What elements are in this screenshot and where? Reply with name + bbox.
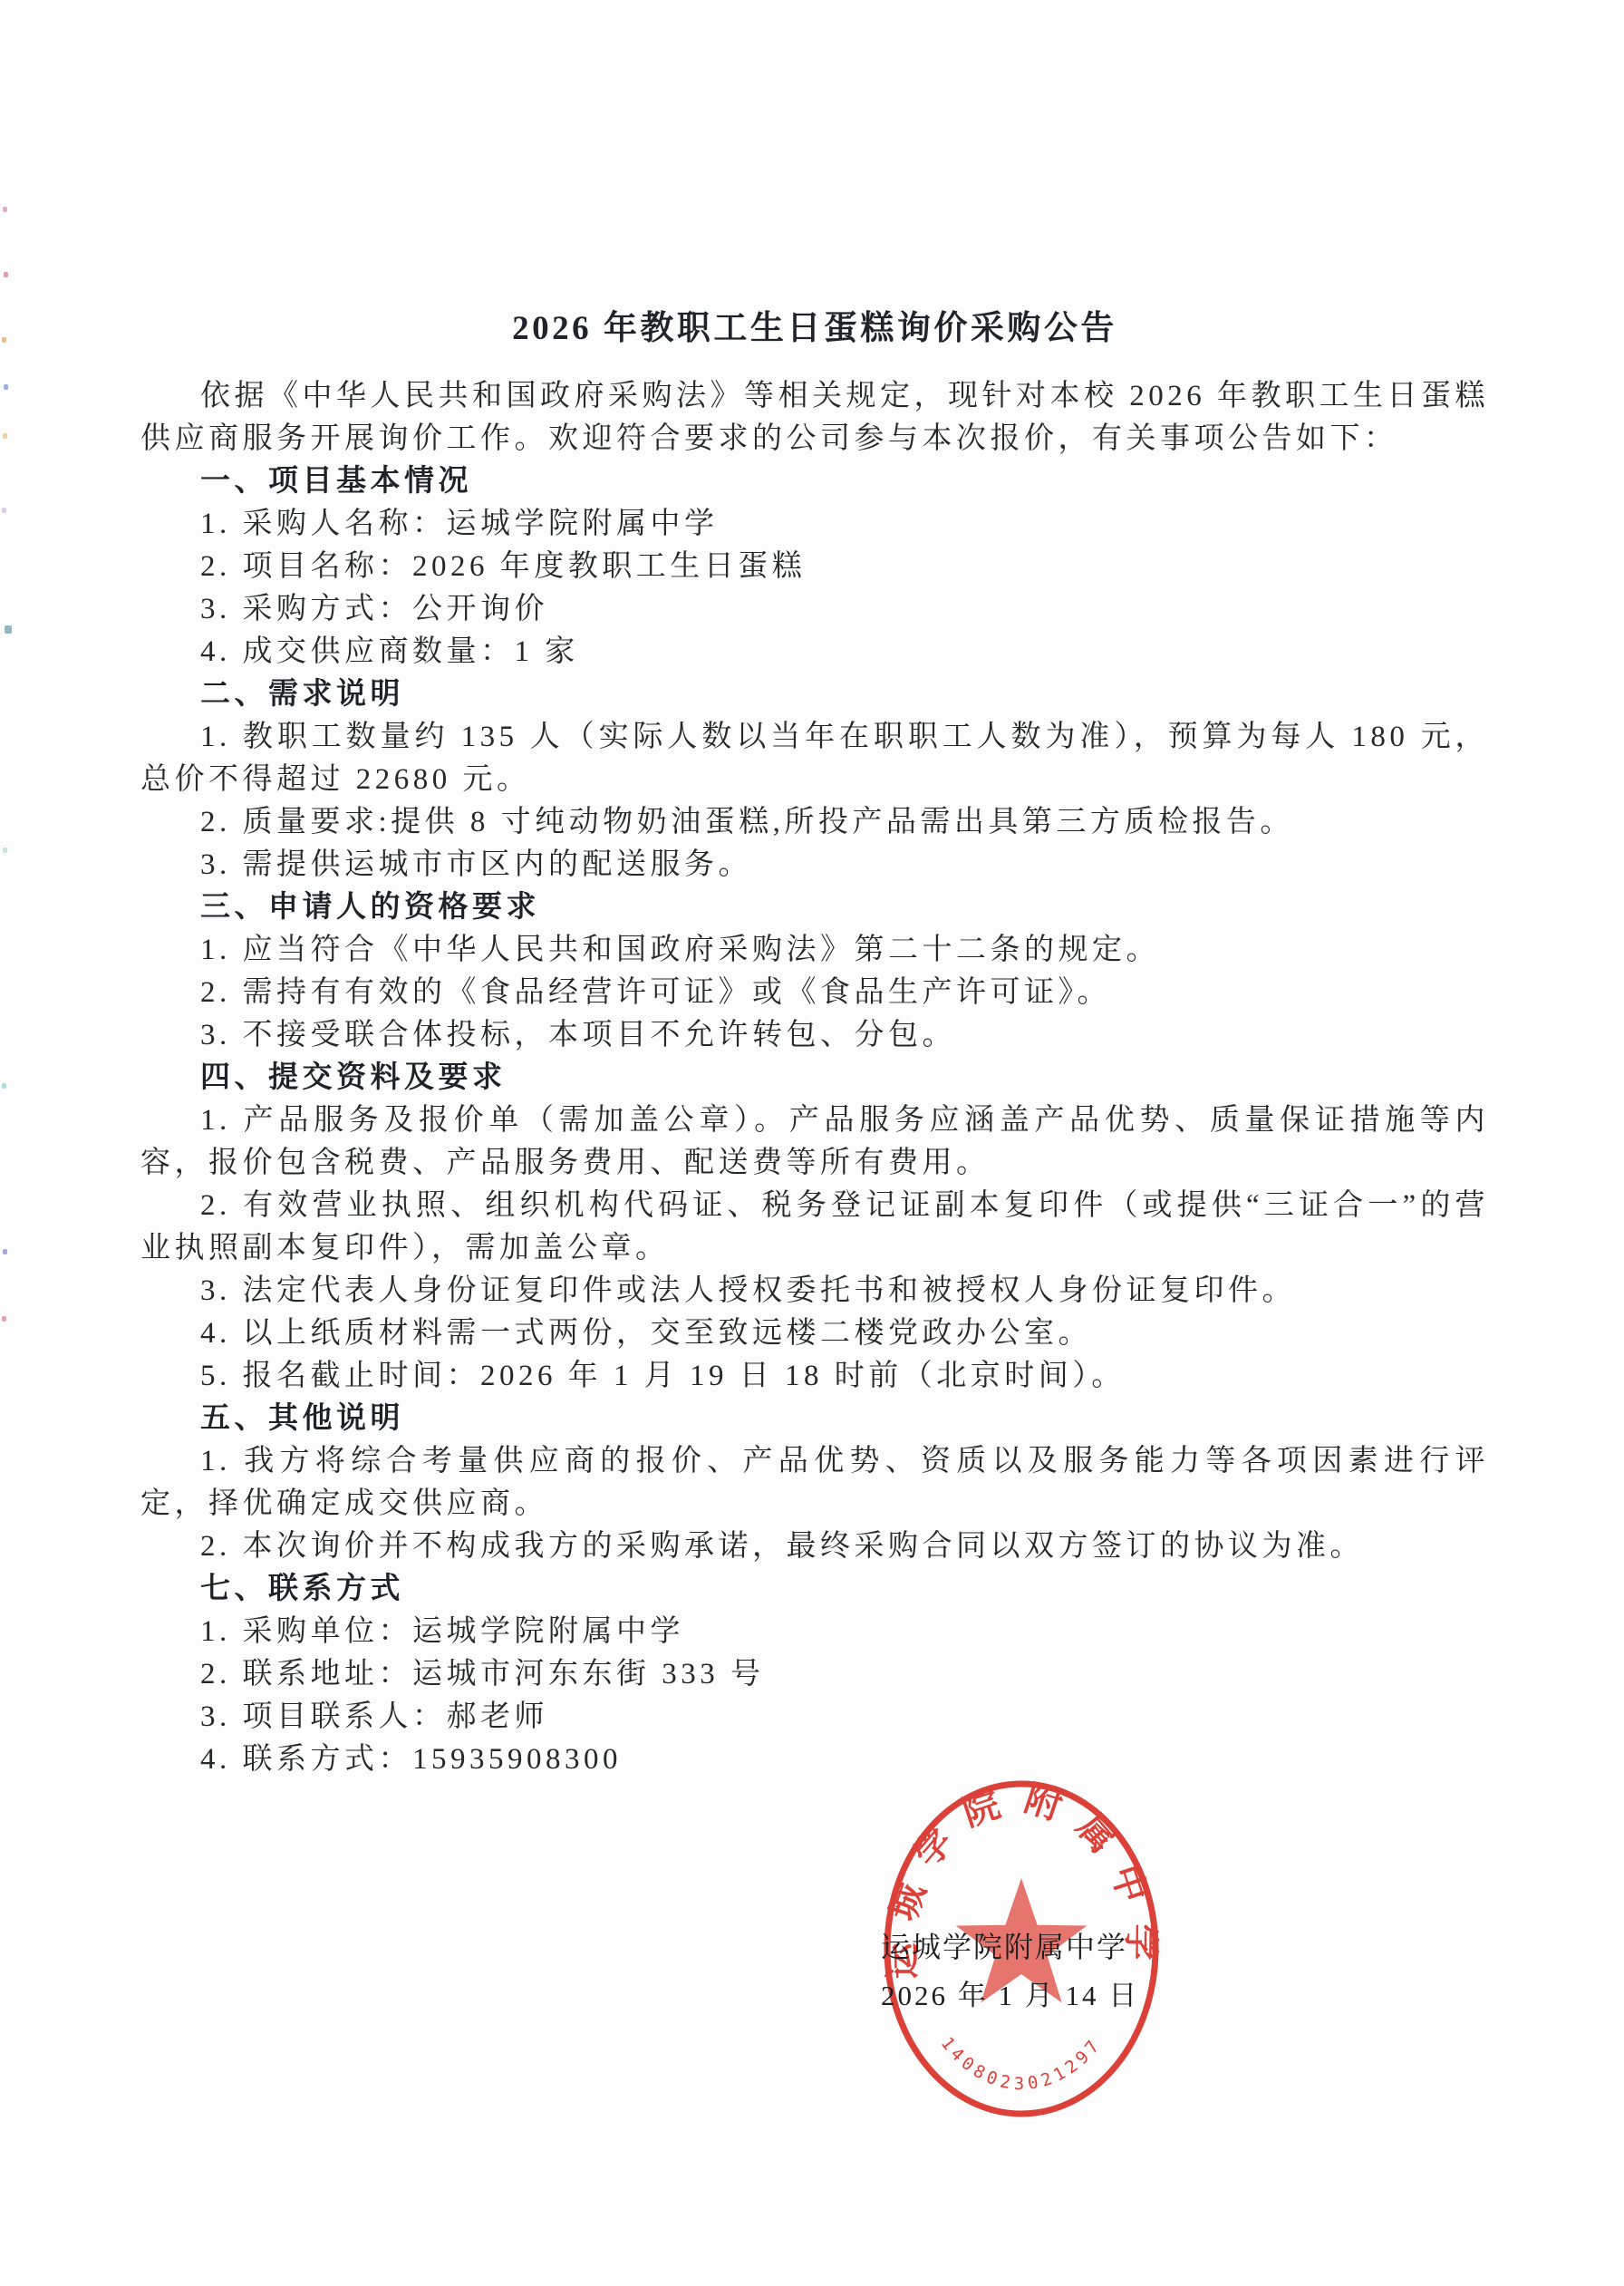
scan-speck bbox=[4, 272, 8, 277]
scan-speck bbox=[5, 625, 12, 634]
section-3-item-1: 1. 应当符合《中华人民共和国政府采购法》第二十二条的规定。 bbox=[140, 929, 1489, 972]
section-4-item-2: 2. 有效营业执照、组织机构代码证、税务登记证副本复印件（或提供“三证合一”的营… bbox=[140, 1185, 1489, 1270]
section-3-item-3: 3. 不接受联合体投标，本项目不允许转包、分包。 bbox=[140, 1014, 1489, 1057]
seal-star-icon bbox=[956, 1878, 1087, 2003]
section-4-item-4: 4. 以上纸质材料需一式两份，交至致远楼二楼党政办公室。 bbox=[140, 1313, 1489, 1355]
intro-paragraph: 依据《中华人民共和国政府采购法》等相关规定，现针对本校 2026 年教职工生日蛋… bbox=[140, 375, 1489, 460]
signature-organization: 运城学院附属中学 bbox=[881, 1929, 1127, 1965]
seal-ring-text: 运城学院附属中学 bbox=[882, 1778, 1162, 1980]
seal-serial-number: 1408023021297 bbox=[937, 2033, 1107, 2094]
section-2-item-3: 3. 需提供运城市市区内的配送服务。 bbox=[140, 844, 1489, 886]
section-7-item-2: 2. 联系地址：运城市河东东街 333 号 bbox=[140, 1653, 1489, 1696]
section-1-item-3: 3. 采购方式：公开询价 bbox=[140, 588, 1489, 631]
section-7-heading: 七、联系方式 bbox=[140, 1568, 1489, 1611]
section-1-item-2: 2. 项目名称：2026 年度教职工生日蛋糕 bbox=[140, 546, 1489, 588]
section-5-item-1: 1. 我方将综合考量供应商的报价、产品优势、资质以及服务能力等各项因素进行评定，… bbox=[140, 1440, 1489, 1526]
section-1-item-4: 4. 成交供应商数量：1 家 bbox=[140, 631, 1489, 673]
section-5-heading: 五、其他说明 bbox=[140, 1398, 1489, 1440]
section-7-item-3: 3. 项目联系人：郝老师 bbox=[140, 1696, 1489, 1739]
seal-ring bbox=[887, 1784, 1155, 2114]
scan-speck bbox=[4, 384, 8, 390]
section-2-item-2: 2. 质量要求:提供 8 寸纯动物奶油蛋糕,所投产品需出具第三方质检报告。 bbox=[140, 801, 1489, 844]
section-4-item-5: 5. 报名截止时间：2026 年 1 月 19 日 18 时前（北京时间）。 bbox=[140, 1355, 1489, 1398]
scan-speck bbox=[2, 337, 6, 343]
section-2-item-1: 1. 教职工数量约 135 人（实际人数以当年在职职工人数为准），预算为每人 1… bbox=[140, 716, 1489, 801]
scan-speck bbox=[3, 848, 7, 853]
section-3-item-2: 2. 需持有有效的《食品经营许可证》或《食品生产许可证》。 bbox=[140, 972, 1489, 1014]
section-7-item-1: 1. 采购单位：运城学院附属中学 bbox=[140, 1611, 1489, 1653]
official-seal-stamp: 运城学院附属中学 1408023021297 bbox=[876, 1778, 1166, 2123]
scan-speck bbox=[3, 433, 7, 439]
section-2-heading: 二、需求说明 bbox=[140, 673, 1489, 716]
section-4-heading: 四、提交资料及要求 bbox=[140, 1057, 1489, 1099]
scan-speck bbox=[2, 508, 6, 513]
scan-speck bbox=[2, 1316, 6, 1322]
section-1-item-1: 1. 采购人名称：运城学院附属中学 bbox=[140, 503, 1489, 546]
section-4-item-1: 1. 产品服务及报价单（需加盖公章）。产品服务应涵盖产品优势、质量保证措施等内容… bbox=[140, 1099, 1489, 1185]
scan-speck bbox=[3, 207, 7, 212]
signature-date: 2026 年 1 月 14 日 bbox=[881, 1978, 1139, 2014]
section-7-item-4: 4. 联系方式：15935908300 bbox=[140, 1739, 1489, 1781]
scanned-document-page: 2026 年教职工生日蛋糕询价采购公告 依据《中华人民共和国政府采购法》等相关规… bbox=[0, 0, 1624, 2286]
section-1-heading: 一、项目基本情况 bbox=[140, 460, 1489, 503]
scan-speck bbox=[3, 1249, 7, 1254]
section-5-item-2: 2. 本次询价并不构成我方的采购承诺，最终采购合同以双方签订的协议为准。 bbox=[140, 1526, 1489, 1568]
section-3-heading: 三、申请人的资格要求 bbox=[140, 886, 1489, 929]
section-4-item-3: 3. 法定代表人身份证复印件或法人授权委托书和被授权人身份证复印件。 bbox=[140, 1270, 1489, 1313]
scan-speck bbox=[2, 1083, 6, 1089]
announcement-body: 2026 年教职工生日蛋糕询价采购公告 依据《中华人民共和国政府采购法》等相关规… bbox=[140, 306, 1489, 1781]
page-title: 2026 年教职工生日蛋糕询价采购公告 bbox=[140, 306, 1489, 352]
